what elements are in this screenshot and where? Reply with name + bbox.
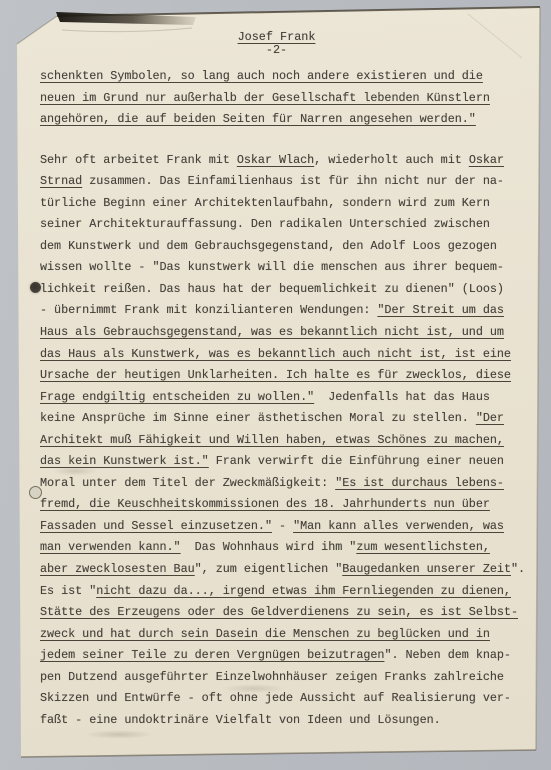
text-line: seiner Architekturauffassung. Den radika… — [40, 214, 513, 236]
text-line: Strnad zusammen. Das Einfamilienhaus ist… — [40, 171, 513, 193]
text-segment: ". Neben dem knap- — [384, 648, 511, 662]
text-segment: Das Wohnhaus wird ihm " — [181, 540, 357, 554]
text-line: Architekt muß Fähigkeit und Willen haben… — [40, 430, 513, 452]
text-line: neuen im Grund nur außerhalb der Gesells… — [40, 88, 513, 110]
underlined-text-segment: Frage endgiltig entscheiden zu wollen." — [40, 390, 314, 404]
text-line: Stätte des Erzeugens oder des Geldverdie… — [40, 602, 513, 624]
text-line: Es ist "nicht dazu da..., irgend etwas i… — [40, 581, 513, 603]
text-segment: pen Dutzend ausgeführter Einzelwohnhäuse… — [40, 670, 504, 684]
text-line: wissen wollte - "Das kunstwerk will die … — [40, 257, 513, 279]
text-line: Moral unter dem Titel der Zweckmäßigkeit… — [40, 473, 513, 495]
text-segment: Sehr oft arbeitet Frank mit — [40, 153, 237, 167]
text-line: das kein Kunstwerk ist." Frank verwirft … — [40, 451, 513, 473]
underlined-text-segment: Strnad — [40, 174, 82, 188]
page-number: -2- — [40, 44, 513, 57]
underlined-text-segment: Oskar Wlach — [237, 153, 314, 167]
text-segment: Moral unter dem Titel der Zweckmäßigkeit… — [40, 476, 335, 490]
text-line: dem Kunstwerk und dem Gebrauchsgegenstan… — [40, 236, 513, 258]
text-segment: seiner Architekturauffassung. Den radika… — [40, 217, 490, 231]
underlined-text-segment: "Der — [476, 411, 504, 425]
text-segment: - — [272, 519, 293, 533]
underlined-text-segment: "Es ist durchaus lebens- — [335, 476, 504, 490]
text-segment: faßt - eine undoktrinäre Vielfalt von Id… — [40, 713, 441, 727]
paragraph-list: schenkten Symbolen, so lang auch noch an… — [40, 66, 513, 731]
text-segment: türliche Beginn einer Architektenlaufbah… — [40, 196, 490, 210]
paragraph: schenkten Symbolen, so lang auch noch an… — [40, 66, 513, 131]
text-line: türliche Beginn einer Architektenlaufbah… — [40, 193, 513, 215]
underlined-text-segment: "Der Streit um das — [377, 303, 504, 317]
underlined-text-segment: nicht dazu da..., irgend etwas ihm Fernl… — [96, 584, 511, 598]
text-line: angehören, die auf beiden Seiten für Nar… — [40, 109, 513, 131]
underlined-text-segment: Baugedanken unserer Zeit — [342, 562, 511, 576]
text-segment: Skizzen und Entwürfe - oft ohne jede Aus… — [40, 691, 511, 705]
scan-background: Josef Frank -2- schenkten Symbolen, so l… — [0, 0, 551, 770]
underlined-text-segment: Fassaden und Sessel einzusetzen." — [40, 519, 272, 533]
text-line: zweck und hat durch sein Dasein die Mens… — [40, 624, 513, 646]
text-line: Sehr oft arbeitet Frank mit Oskar Wlach,… — [40, 150, 513, 172]
underlined-text-segment: aber zwecklosesten Bau — [40, 562, 195, 576]
text-line: lichkeit reißen. Das haus hat der bequem… — [40, 279, 513, 301]
text-segment: keine Ansprüche im Sinne einer ästhetisc… — [40, 411, 476, 425]
text-segment: lichkeit reißen. Das haus hat der bequem… — [40, 282, 504, 296]
underlined-text-segment: zum wesentlichsten, — [356, 540, 490, 554]
underlined-text-segment: Architekt muß Fähigkeit und Willen haben… — [40, 433, 504, 447]
underlined-text-segment: Ursache der heutigen Unklarheiten. Ich h… — [40, 368, 511, 382]
text-line: Frage endgiltig entscheiden zu wollen." … — [40, 387, 513, 409]
page-header: Josef Frank -2- — [40, 31, 513, 57]
underlined-text-segment: Stätte des Erzeugens oder des Geldverdie… — [40, 605, 518, 619]
underlined-text-segment: schenkten Symbolen, so lang auch noch an… — [40, 69, 483, 83]
underlined-text-segment: jedem seiner Teile zu deren Vergnügen be… — [40, 648, 384, 662]
text-line: faßt - eine undoktrinäre Vielfalt von Id… — [40, 710, 513, 732]
text-line: Skizzen und Entwürfe - oft ohne jede Aus… — [40, 688, 513, 710]
text-line: schenkten Symbolen, so lang auch noch an… — [40, 66, 513, 88]
text-segment: ". — [511, 562, 525, 576]
text-segment: ", zum eigentlichen " — [195, 562, 343, 576]
underlined-text-segment: das Haus als Kunstwerk, was es bekanntli… — [40, 347, 511, 361]
underlined-text-segment: zweck und hat durch sein Dasein die Mens… — [40, 627, 490, 641]
text-line: Fassaden und Sessel einzusetzen." - "Man… — [40, 516, 513, 538]
text-segment: Frank verwirft die Einführung einer neue… — [209, 454, 504, 468]
text-line: Haus als Gebrauchsgegenstand, was es bek… — [40, 322, 513, 344]
text-segment: Jedenfalls hat das Haus — [314, 390, 490, 404]
punch-hole-bottom — [29, 486, 42, 499]
document-text: Josef Frank -2- schenkten Symbolen, so l… — [40, 31, 513, 731]
underlined-text-segment: Haus als Gebrauchsgegenstand, was es bek… — [40, 325, 504, 339]
text-segment: , wiederholt auch mit — [314, 153, 469, 167]
text-line: keine Ansprüche im Sinne einer ästhetisc… — [40, 408, 513, 430]
text-segment: Es ist " — [40, 584, 96, 598]
underlined-text-segment: neuen im Grund nur außerhalb der Gesells… — [40, 91, 490, 105]
underlined-text-segment: angehören, die auf beiden Seiten für Nar… — [40, 112, 476, 126]
text-line: - übernimmt Frank mit konzilianteren Wen… — [40, 300, 513, 322]
text-line: man verwenden kann." Das Wohnhaus wird i… — [40, 537, 513, 559]
text-line: Ursache der heutigen Unklarheiten. Ich h… — [40, 365, 513, 387]
text-segment: zusammen. Das Einfamilienhaus ist für ih… — [82, 174, 504, 188]
underlined-text-segment: "Man kann alles verwenden, was — [293, 519, 504, 533]
underlined-text-segment: man verwenden kann." — [40, 540, 181, 554]
text-line: das Haus als Kunstwerk, was es bekanntli… — [40, 344, 513, 366]
text-segment: wissen wollte - "Das kunstwerk will die … — [40, 260, 504, 274]
text-line: pen Dutzend ausgeführter Einzelwohnhäuse… — [40, 667, 513, 689]
text-segment: - übernimmt Frank mit konzilianteren Wen… — [40, 303, 377, 317]
text-line: fremd, die Keuschheitskommissionen des 1… — [40, 494, 513, 516]
underlined-text-segment: das kein Kunstwerk ist." — [40, 454, 209, 468]
paragraph: Sehr oft arbeitet Frank mit Oskar Wlach,… — [40, 150, 513, 732]
punch-hole-top — [30, 282, 41, 293]
underlined-text-segment: fremd, die Keuschheitskommissionen des 1… — [40, 497, 490, 511]
underlined-text-segment: Oskar — [469, 153, 504, 167]
text-line: jedem seiner Teile zu deren Vergnügen be… — [40, 645, 513, 667]
text-line: aber zwecklosesten Bau", zum eigentliche… — [40, 559, 513, 581]
text-segment: dem Kunstwerk und dem Gebrauchsgegenstan… — [40, 239, 497, 253]
